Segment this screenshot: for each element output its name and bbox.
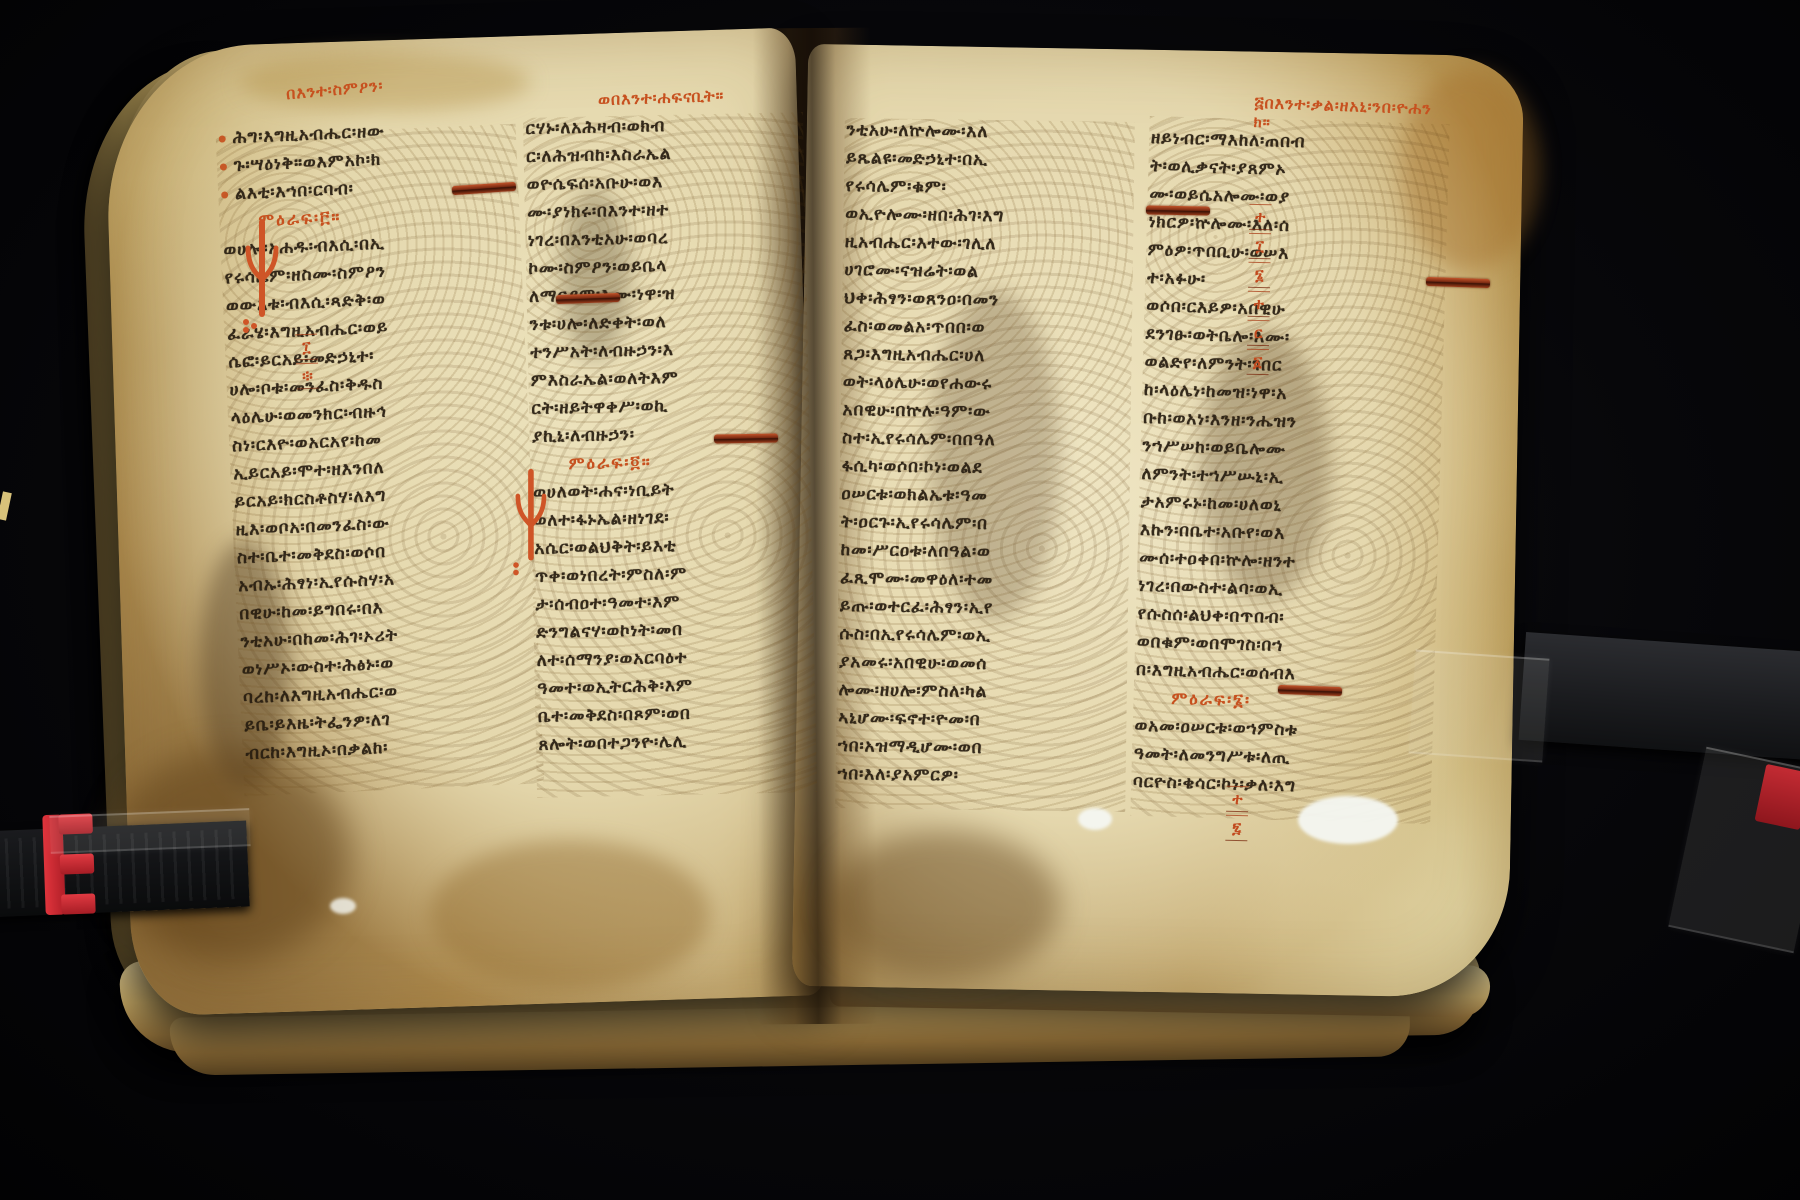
text-line: ወት፡ላዕሌሁ፡ወየሐውሩ [843, 368, 1129, 400]
text-line: ዐሠርቱ፡ወክልኤቱ፡ዓመ [841, 480, 1127, 512]
right-column-1: ንቲአሁ፡ለኵሎሙ፡እለይጼልዩ፡መድኃኒተ፡በኢየሩሳሌም፡ቁም፡ወኢዮሎሙ፡… [837, 116, 1132, 792]
text-line: ያአመሩ፡አበዊሁ፡ወመሰ [839, 648, 1125, 680]
text-line: ፩ [1247, 349, 1269, 375]
text-line: ሎሙ፡ዘሀሎ፡ምስለ፡ካል [838, 676, 1124, 708]
text-line: ት፡ዐርጉ፡ኢየሩሳሌም፡በ [841, 508, 1127, 540]
text-line: ከመ፡ሥርዐቱ፡ለበዓል፡ወ [840, 536, 1126, 568]
text-line: ፯ [1225, 815, 1248, 842]
text-line: ር [1247, 320, 1269, 346]
manuscript-photograph: በእንተ፡ስምዖን፡ ወበእንተ፡ሐፍናቢት። ፭በእንተ፡ቃል፡ዘአኒ፡ንበ፡… [0, 0, 1800, 1200]
stain [830, 830, 1060, 980]
text-line: ፲ [295, 334, 318, 361]
line-filler [1146, 205, 1210, 215]
text-line: ስተ፡ኢየሩሳሌም፡በበዓለ [842, 424, 1128, 456]
text-line: ህቀ፡ሕፃን፡ወጸንዐ፡በመን [844, 284, 1130, 316]
column-lines: ሕግ፡እግዚአብሔር፡ዘውጉ፡ሣዕነቅ።ወእምአኮ፡ክልእቲ፡እኀበ፡ርባብ፡ [218, 112, 513, 209]
damage-patch [1078, 808, 1112, 830]
right-gutter-section-numbers: ተ፲፮ተር፩ [1246, 204, 1271, 378]
text-line: ፲ [1249, 233, 1271, 259]
text-line: ተ [1226, 786, 1249, 813]
line-filler [714, 433, 778, 443]
column-lines: ርሃኑ፡ለአሕዛብ፡ወክብር፡ለሕዝብከ፡እስራኤልወዮሴፍሰ፡አቡሁ፡ወእሙ፡… [525, 109, 808, 451]
text-line: ፋሲካ፡ወሶበ፡ኮነ፡ወልደ [842, 452, 1128, 484]
left-column-1: ሕግ፡እግዚአብሔር፡ዘውጉ፡ሣዕነቅ።ወእምአኮ፡ክልእቲ፡እኀበ፡ርባብ፡ … [218, 112, 538, 768]
text-line: ፮ [1248, 262, 1270, 288]
text-line: ኣኒሆሙ፡ፍኖተ፡ዮመ፡በ [838, 704, 1124, 736]
damage-patch [1298, 796, 1398, 844]
text-line: ኀበ፡እለ፡ያአምርዎ፡ [837, 760, 1123, 792]
text-line: ፈጺሞሙ፡መዋዕለ፡ተመ [840, 564, 1126, 596]
text-line: ወኢዮሎሙ፡ዘበ፡ሕገ፡እግ [845, 200, 1131, 232]
text-line: ፨ [296, 363, 319, 390]
right-column-2: ዘይነብር፡ማእከለ፡ጠበብት፡ወሊቃናት፡ያጸምኦሙ፡ወይሴአሎሙ፡ወያነክር… [1133, 124, 1450, 804]
text-line: ዚአብሔር፡እተው፡ገሊለ [845, 228, 1131, 260]
text-line: አበዊሁ፡በኵሉ፡ዓም፡ው [842, 396, 1128, 428]
stain [430, 840, 710, 990]
text-line: ጸሎት፡ወበተጋንዮ፡ሌሊ [538, 725, 815, 759]
text-line: ጸጋ፡እግዚአብሔር፡ሀለ [843, 340, 1129, 372]
text-line: ሀገሮሙ፡ናዝሬት፡ወል [844, 256, 1130, 288]
page-speck [0, 491, 12, 520]
text-line: ኀበ፡አዝማዲሆሙ፡ወበ [838, 732, 1124, 764]
stain [240, 52, 530, 112]
clip-tooth [60, 853, 95, 874]
text-line: ንቲአሁ፡ለኵሎሙ፡እለ [846, 116, 1132, 148]
right-column2-margin-marks: ተ፯ [1225, 786, 1249, 845]
black-strap-right [1519, 632, 1800, 760]
left-margin-marks: ፲፨ [295, 334, 319, 393]
clip-tooth [61, 893, 96, 914]
column-lines: ወሀለወት፡ሐና፡ነቢይትወለተ፡ፋኑኤል፡ዘነገደ፡አሴር፡ወልህቅት፡ይእቲ… [533, 473, 815, 759]
damage-patch [330, 898, 356, 914]
text-line: ይጡ፡ወተርፈ፡ሕፃን፡ኢየ [840, 592, 1126, 624]
text-line: ተ [1249, 204, 1271, 230]
text-line: የሩሳሌም፡ቁም፡ [846, 172, 1132, 204]
text-line: ፈስ፡ወመልአ፡ጥበበ፡ወ [844, 312, 1130, 344]
text-line: ይጼልዩ፡መድኃኒተ፡በኢ [846, 144, 1132, 176]
text-line: ሱስ፡በኢየሩሳሌም፡ወኢ [839, 620, 1125, 652]
text-line: ተ [1248, 291, 1270, 317]
column-lines: ንቲአሁ፡ለኵሎሙ፡እለይጼልዩ፡መድኃኒተ፡በኢየሩሳሌም፡ቁም፡ወኢዮሎሙ፡… [837, 116, 1132, 792]
chapter-cross-mark [240, 218, 282, 338]
plexiglass-strip [49, 808, 250, 854]
plexiglass-strip [1409, 649, 1550, 762]
chapter-cross-mark [510, 468, 550, 580]
column-lines: ወአመ፡ዐሠርቱ፡ወኀምስቱዓመት፡ለመንግሥቱ፡ለጢባርዮስ፡ቄሳር፡ኮነ፡ቃ… [1133, 712, 1433, 804]
